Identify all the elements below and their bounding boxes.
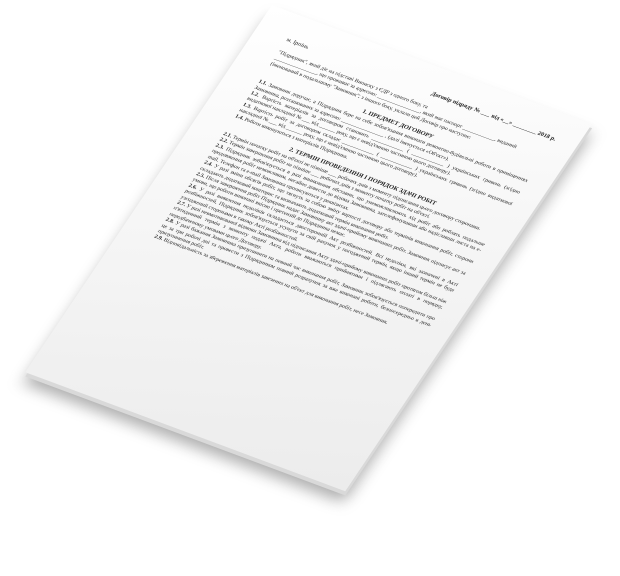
document-scene: м. Ірпінь Договір підряду № ___ від «__»…: [0, 0, 620, 576]
contract-sheet: м. Ірпінь Договір підряду № ___ від «__»…: [25, 5, 592, 491]
contract-page: м. Ірпінь Договір підряду № ___ від «__»…: [25, 5, 592, 491]
